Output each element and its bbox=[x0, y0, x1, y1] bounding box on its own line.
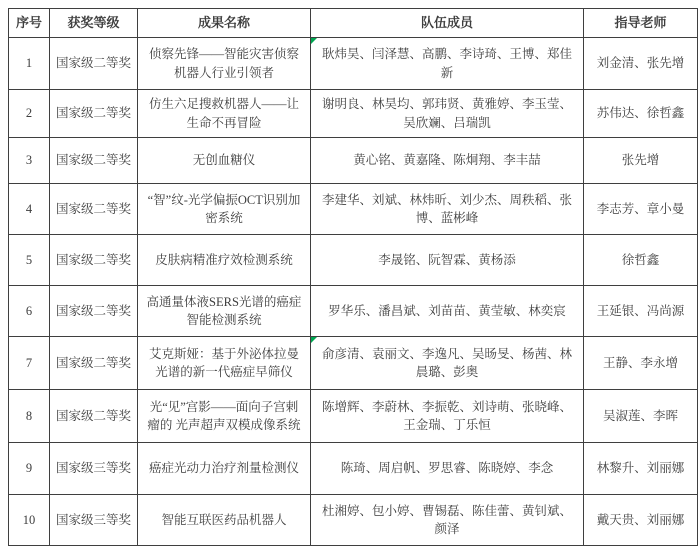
cell-members-text: 耿炜昊、闫泽慧、高鹏、李诗琦、王博、郑佳新 bbox=[322, 47, 572, 79]
cell-no: 8 bbox=[9, 390, 50, 443]
document-page: 序号 获奖等级 成果名称 队伍成员 指导老师 1 国家级二等奖 侦察先锋——智能… bbox=[0, 0, 699, 548]
table-row: 6 国家级二等奖 高通量体液SERS光谱的癌症智能检测系统 罗华乐、潘昌斌、刘苗… bbox=[9, 286, 698, 337]
header-row: 序号 获奖等级 成果名称 队伍成员 指导老师 bbox=[9, 9, 698, 38]
cell-members-text: 俞彦清、袁丽文、李逸凡、吴旸旻、杨茜、林晨璐、彭奥 bbox=[322, 347, 572, 379]
cell-no: 7 bbox=[9, 337, 50, 390]
table-row: 3 国家级二等奖 无创血糖仪 黄心铭、黄嘉隆、陈炯翔、李丰喆 张先增 bbox=[9, 138, 698, 184]
table-row: 2 国家级二等奖 仿生六足搜救机器人——让生命不再冒险 谢明良、林昊均、郭玮贤、… bbox=[9, 90, 698, 138]
table-row: 8 国家级二等奖 光“见”宫影——面向子宫剌瘤的 光声超声双模成像系统 陈增辉、… bbox=[9, 390, 698, 443]
cell-level: 国家级二等奖 bbox=[50, 235, 138, 286]
cell-level: 国家级三等奖 bbox=[50, 495, 138, 546]
cell-name: 皮肤病精准疗效检测系统 bbox=[138, 235, 311, 286]
table-row: 10 国家级三等奖 智能互联医药品机器人 杜湘婷、包小婷、曹锡磊、陈佳蕾、黄钊斌… bbox=[9, 495, 698, 546]
cell-name: “智”纹-光学偏振OCT识别加密系统 bbox=[138, 184, 311, 235]
awards-table: 序号 获奖等级 成果名称 队伍成员 指导老师 1 国家级二等奖 侦察先锋——智能… bbox=[8, 8, 698, 546]
cell-level: 国家级三等奖 bbox=[50, 443, 138, 495]
cell-level: 国家级二等奖 bbox=[50, 184, 138, 235]
cell-level: 国家级二等奖 bbox=[50, 138, 138, 184]
cell-name: 侦察先锋——智能灾害侦察机器人行业引领者 bbox=[138, 38, 311, 90]
cell-members: 黄心铭、黄嘉隆、陈炯翔、李丰喆 bbox=[311, 138, 584, 184]
cell-no: 1 bbox=[9, 38, 50, 90]
comment-flag-icon bbox=[311, 337, 317, 343]
cell-no: 5 bbox=[9, 235, 50, 286]
column-header-advisors: 指导老师 bbox=[584, 9, 698, 38]
cell-name: 智能互联医药品机器人 bbox=[138, 495, 311, 546]
cell-advisors: 苏伟达、徐哲鑫 bbox=[584, 90, 698, 138]
cell-advisors: 吴淑莲、李晖 bbox=[584, 390, 698, 443]
cell-level: 国家级二等奖 bbox=[50, 38, 138, 90]
cell-advisors: 王延银、冯尚源 bbox=[584, 286, 698, 337]
column-header-no: 序号 bbox=[9, 9, 50, 38]
column-header-name: 成果名称 bbox=[138, 9, 311, 38]
cell-advisors: 徐哲鑫 bbox=[584, 235, 698, 286]
cell-level: 国家级二等奖 bbox=[50, 390, 138, 443]
cell-members: 俞彦清、袁丽文、李逸凡、吴旸旻、杨茜、林晨璐、彭奥 bbox=[311, 337, 584, 390]
cell-name: 癌症光动力治疗剂量检测仪 bbox=[138, 443, 311, 495]
cell-members: 陈增辉、李蔚林、李振乾、刘诗萌、张晓峰、王金瑞、丁乐恒 bbox=[311, 390, 584, 443]
cell-no: 10 bbox=[9, 495, 50, 546]
cell-advisors: 张先增 bbox=[584, 138, 698, 184]
cell-no: 3 bbox=[9, 138, 50, 184]
column-header-level: 获奖等级 bbox=[50, 9, 138, 38]
cell-name: 高通量体液SERS光谱的癌症智能检测系统 bbox=[138, 286, 311, 337]
cell-name: 艾克斯娅：基于外泌体拉曼光谱的新一代癌症早筛仪 bbox=[138, 337, 311, 390]
cell-no: 2 bbox=[9, 90, 50, 138]
cell-advisors: 林黎升、刘丽娜 bbox=[584, 443, 698, 495]
cell-members: 罗华乐、潘昌斌、刘苗苗、黄莹敏、林奕宸 bbox=[311, 286, 584, 337]
table-row: 5 国家级二等奖 皮肤病精准疗效检测系统 李晟铭、阮智霖、黄杨添 徐哲鑫 bbox=[9, 235, 698, 286]
cell-members: 李晟铭、阮智霖、黄杨添 bbox=[311, 235, 584, 286]
table-row: 4 国家级二等奖 “智”纹-光学偏振OCT识别加密系统 李建华、刘斌、林炜昕、刘… bbox=[9, 184, 698, 235]
cell-members: 陈琦、周启帆、罗思睿、陈晓婷、李念 bbox=[311, 443, 584, 495]
cell-advisors: 刘金清、张先增 bbox=[584, 38, 698, 90]
cell-members: 耿炜昊、闫泽慧、高鹏、李诗琦、王博、郑佳新 bbox=[311, 38, 584, 90]
cell-advisors: 李志芳、章小曼 bbox=[584, 184, 698, 235]
cell-members: 杜湘婷、包小婷、曹锡磊、陈佳蕾、黄钊斌、颜泽 bbox=[311, 495, 584, 546]
cell-level: 国家级二等奖 bbox=[50, 337, 138, 390]
cell-name: 仿生六足搜救机器人——让生命不再冒险 bbox=[138, 90, 311, 138]
cell-members: 李建华、刘斌、林炜昕、刘少杰、周秩稻、张博、蓝彬峰 bbox=[311, 184, 584, 235]
table-row: 7 国家级二等奖 艾克斯娅：基于外泌体拉曼光谱的新一代癌症早筛仪 俞彦清、袁丽文… bbox=[9, 337, 698, 390]
cell-members: 谢明良、林昊均、郭玮贤、黄雅婷、李玉莹、吴欣斓、吕瑞凯 bbox=[311, 90, 584, 138]
cell-no: 9 bbox=[9, 443, 50, 495]
cell-name: 光“见”宫影——面向子宫剌瘤的 光声超声双模成像系统 bbox=[138, 390, 311, 443]
cell-level: 国家级二等奖 bbox=[50, 286, 138, 337]
table-row: 9 国家级三等奖 癌症光动力治疗剂量检测仪 陈琦、周启帆、罗思睿、陈晓婷、李念 … bbox=[9, 443, 698, 495]
cell-advisors: 王静、李永增 bbox=[584, 337, 698, 390]
cell-name: 无创血糖仪 bbox=[138, 138, 311, 184]
comment-flag-icon bbox=[311, 38, 317, 44]
cell-level: 国家级二等奖 bbox=[50, 90, 138, 138]
column-header-members: 队伍成员 bbox=[311, 9, 584, 38]
cell-advisors: 戴天贵、刘丽娜 bbox=[584, 495, 698, 546]
cell-no: 6 bbox=[9, 286, 50, 337]
table-row: 1 国家级二等奖 侦察先锋——智能灾害侦察机器人行业引领者 耿炜昊、闫泽慧、高鹏… bbox=[9, 38, 698, 90]
cell-no: 4 bbox=[9, 184, 50, 235]
